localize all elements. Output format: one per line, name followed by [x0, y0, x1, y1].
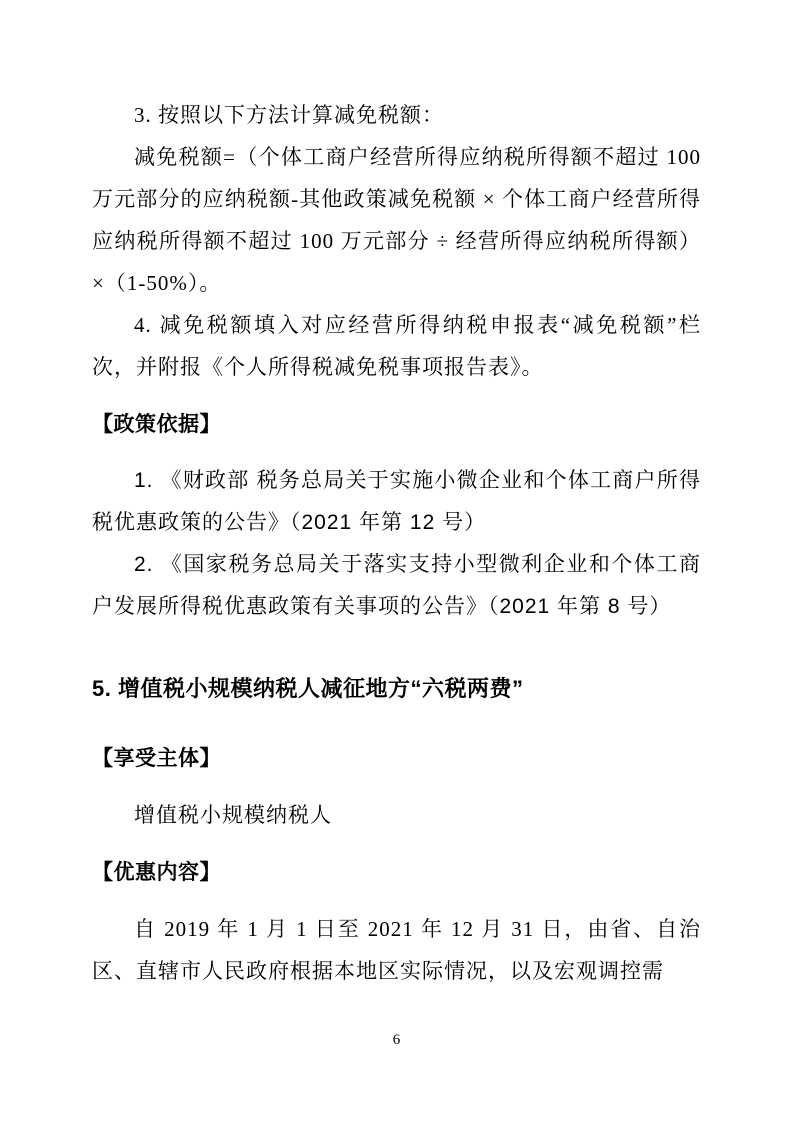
paragraph-formula: 减免税额=（个体工商户经营所得应纳税所得额不超过 100 万元部分的应纳税额-其… [92, 136, 701, 304]
benefit-heading: 【优惠内容】 [92, 852, 701, 894]
paragraph-step-4: 4. 减免税额填入对应经营所得纳税申报表“减免税额”栏次，并附报《个人所得税减免… [92, 304, 701, 388]
section-5-heading: 5. 增值税小规模纳税人减征地方“六税两费” [92, 668, 701, 710]
document-page: 3. 按照以下方法计算减免税额： 减免税额=（个体工商户经营所得应纳税所得额不超… [0, 0, 793, 1122]
paragraph-step-3: 3. 按照以下方法计算减免税额： [92, 94, 701, 136]
policy-item-2: 2. 《国家税务总局关于落实支持小型微利企业和个体工商户发展所得税优惠政策有关事… [92, 544, 701, 628]
benefit-text: 自 2019 年 1 月 1 日至 2021 年 12 月 31 日，由省、自治… [92, 908, 701, 992]
beneficiary-text: 增值税小规模纳税人 [92, 794, 701, 836]
policy-basis-heading: 【政策依据】 [92, 404, 701, 446]
page-number: 6 [0, 1032, 793, 1049]
beneficiary-heading: 【享受主体】 [92, 738, 701, 780]
policy-item-1: 1. 《财政部 税务总局关于实施小微企业和个体工商户所得税优惠政策的公告》（20… [92, 460, 701, 544]
